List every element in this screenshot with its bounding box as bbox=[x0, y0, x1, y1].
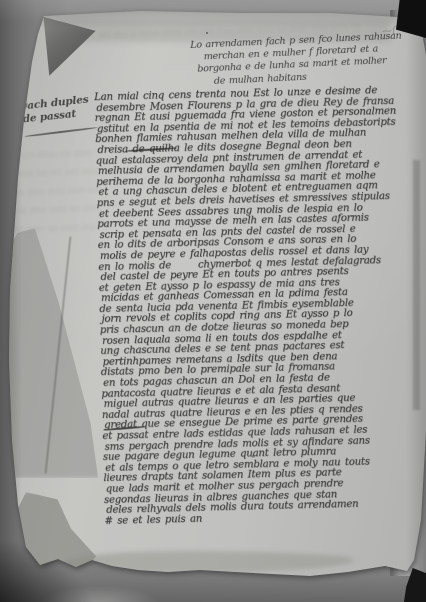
ink-speck bbox=[206, 32, 208, 34]
ghost-text: ıum mnı ıw ımu nı bbox=[16, 223, 99, 236]
heading-block: Lo arrendamen fach p sen fco lunes rahus… bbox=[190, 30, 414, 89]
stain-crack-line bbox=[45, 237, 72, 474]
ghost-text: ınıu mı ıuım nıım bbox=[14, 149, 92, 162]
ghost-text: mnı ıw ımu nım uı bbox=[18, 204, 101, 217]
ghost-text: ım nıuı ıum mnı ıw bbox=[14, 186, 100, 199]
water-stain-bottom bbox=[62, 551, 354, 573]
margin-note-underline bbox=[24, 126, 98, 137]
water-stain-left bbox=[6, 228, 102, 478]
margin-note: vach duplesde passat bbox=[21, 94, 91, 127]
page-shadow: ım nıuı ıum mnı ıw ımu nım uım ınu mı ıu… bbox=[0, 0, 426, 602]
folded-corner bbox=[40, 13, 98, 77]
manuscript-page: ım nıuı ıum mnı ıw ımu nım uım ınu mı ıu… bbox=[0, 0, 426, 602]
manuscript-photo: ım nıuı ıum mnı ıw ımu nım uım ınu mı ıu… bbox=[0, 0, 426, 602]
ghost-text: uım ınu mı ıuı nım bbox=[16, 167, 100, 180]
body-text-block: Lan mial cinq cens trenta nou Est lo unz… bbox=[94, 85, 426, 527]
water-stain-bottom-left bbox=[8, 492, 98, 584]
ink-speck bbox=[252, 455, 254, 458]
